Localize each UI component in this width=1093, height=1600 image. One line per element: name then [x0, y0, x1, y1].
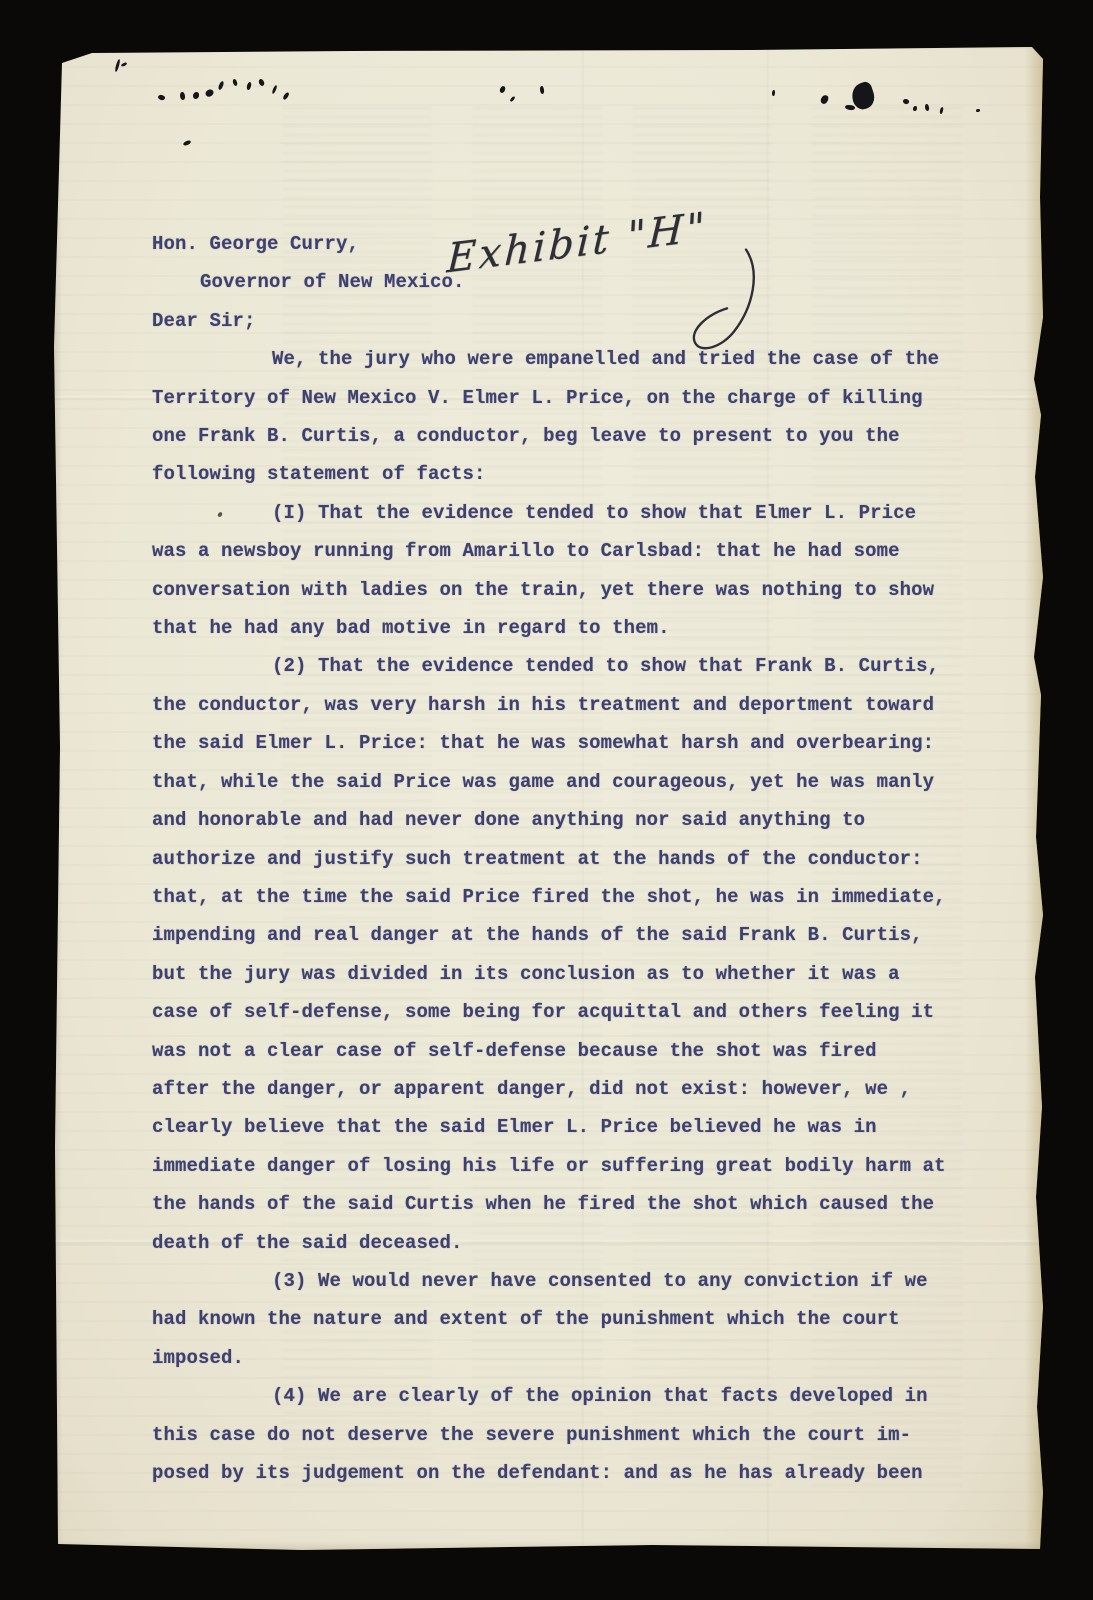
- ink-speck: [179, 91, 186, 100]
- ink-speck: [913, 106, 917, 111]
- ink-speck: [924, 104, 930, 112]
- letter-line: was a newsboy running from Amarillo to C…: [152, 532, 1012, 570]
- letter-line: the hands of the said Curtis when he fir…: [152, 1185, 1012, 1223]
- ink-speck: [121, 62, 128, 67]
- ink-speck: [218, 81, 225, 91]
- ink-speck: [246, 82, 251, 91]
- ink-speck: [976, 109, 980, 112]
- letter-line: the said Elmer L. Price: that he was som…: [152, 724, 1012, 762]
- letter-line: (I) That the evidence tended to show tha…: [272, 494, 1012, 532]
- ink-speck: [845, 104, 856, 111]
- letter-line: authorize and justify such treatment at …: [152, 840, 1012, 878]
- ink-speck: [939, 107, 943, 114]
- letter-line: conversation with ladies on the train, y…: [152, 571, 1012, 609]
- ink-speck: [282, 92, 289, 101]
- letter-line: (4) We are clearly of the opinion that f…: [272, 1377, 1012, 1415]
- ink-speck: [820, 94, 829, 105]
- letter-line: but the jury was divided in its conclusi…: [152, 955, 1012, 993]
- letter-page: Exhibit "H" Hon. George Curry,Governor o…: [52, 47, 1043, 1553]
- letter-line: this case do not deserve the severe puni…: [152, 1416, 1012, 1454]
- letter-body: Hon. George Curry,Governor of New Mexico…: [152, 225, 1012, 1492]
- ink-speck: [257, 78, 265, 87]
- letter-line: case of self-defense, some being for acq…: [152, 993, 1012, 1031]
- ink-speck: [114, 59, 120, 72]
- ink-speck: [902, 98, 910, 105]
- letter-line: had known the nature and extent of the p…: [152, 1300, 1012, 1338]
- letter-line: (3) We would never have consented to any…: [272, 1262, 1012, 1300]
- letter-line: clearly believe that the said Elmer L. P…: [152, 1108, 1012, 1146]
- ink-speck: [272, 85, 278, 94]
- letter-line: (2) That the evidence tended to show tha…: [272, 647, 1012, 685]
- letter-line: Dear Sir;: [152, 302, 1012, 340]
- ink-speck: [232, 78, 239, 86]
- letter-line: impending and real danger at the hands o…: [152, 916, 1012, 954]
- ink-speck: [510, 96, 516, 103]
- letter-line: Territory of New Mexico V. Elmer L. Pric…: [152, 379, 1012, 417]
- letter-line: posed by its judgement on the defendant:…: [152, 1454, 1012, 1492]
- letter-line: We, the jury who were empanelled and tri…: [272, 340, 1012, 378]
- worn-edge-left: [52, 47, 62, 1553]
- ink-speck: [193, 92, 199, 99]
- letter-line: the conductor, was very harsh in his tre…: [152, 686, 1012, 724]
- letter-line: death of the said deceased.: [152, 1224, 1012, 1262]
- worn-edge-bottom: [52, 1541, 1043, 1553]
- letter-line: after the danger, or apparent danger, di…: [152, 1070, 1012, 1108]
- letter-line: that, while the said Price was game and …: [152, 763, 1012, 801]
- letter-line: Hon. George Curry,: [152, 225, 1012, 263]
- letter-line: imposed.: [152, 1339, 1012, 1377]
- scan-background: Exhibit "H" Hon. George Curry,Governor o…: [0, 0, 1093, 1600]
- worn-edge-right: [1025, 47, 1043, 1553]
- ink-speck: [499, 85, 506, 93]
- ink-speck: [204, 88, 215, 99]
- letter-line: that he had any bad motive in regard to …: [152, 609, 1012, 647]
- letter-line: that, at the time the said Price fired t…: [152, 878, 1012, 916]
- letter-line: following statement of facts:: [152, 455, 1012, 493]
- letter-line: one Frank B. Curtis, a conductor, beg le…: [152, 417, 1012, 455]
- letter-line: Governor of New Mexico.: [200, 263, 1012, 301]
- letter-line: and honorable and had never done anythin…: [152, 801, 1012, 839]
- ink-speck: [772, 90, 775, 96]
- ink-speck: [157, 94, 165, 101]
- ink-speck: [539, 86, 545, 95]
- ink-speck: [183, 140, 192, 146]
- letter-line: immediate danger of losing his life or s…: [152, 1147, 1012, 1185]
- letter-line: was not a clear case of self-defense bec…: [152, 1032, 1012, 1070]
